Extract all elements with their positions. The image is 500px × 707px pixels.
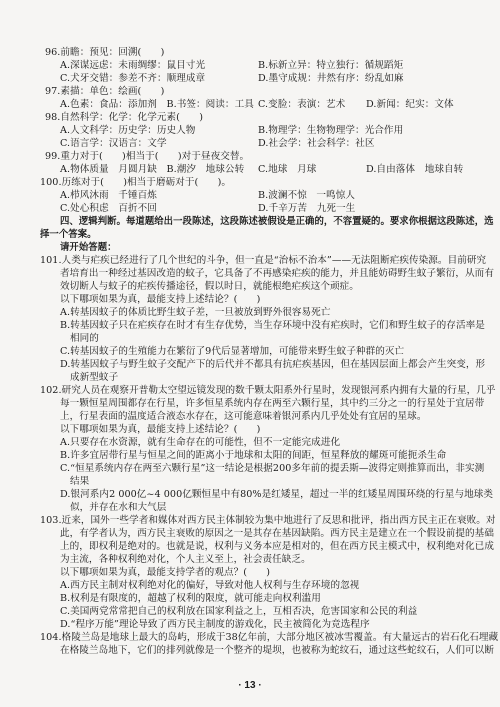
text-line: C.“恒星系统内存在两至六颗行星”这一结论是根据200多年前的提丢斯—波得定则推… (60, 463, 484, 475)
text-line: C.美国两党常常把自己的权利放在国家利益之上，互相否决，危害国家和公民的利益 (60, 606, 417, 618)
text-line: A.物体质量 月圆月缺 B.潮汐 地球公转 (60, 164, 244, 176)
text-line: 97.素描：单色：绘画( ) (45, 86, 164, 98)
text-line: 请开始答题： (60, 242, 117, 254)
text-line: D.自由落体 地球自转 (366, 164, 463, 176)
text-line: 效切断人与蚊子的疟疾传播途径，假以时日，就能根绝疟疾这个顽症。 (60, 281, 359, 293)
text-line: A.只要存在水资源，就有生命存在的可能性，但不一定能完成进化 (60, 437, 340, 449)
text-line: 103.近来，国外一些学者和媒体对西方民主体制较为集中地进行了反思和批评，指出西… (40, 515, 496, 527)
text-line: 98.自然科学：化学：化学元素( ) (45, 112, 203, 124)
text-line: A.转基因蚊子的体质比野生蚊子差，一旦被放到野外很容易死亡 (60, 307, 330, 319)
text-line: D.转基因蚊子与野生蚊子交配产下的后代并不都具有抗疟疾基因，但在基因层面上都会产… (60, 359, 485, 371)
text-line: 择一个答案。 (40, 229, 97, 241)
text-line: D.“程序万能”理论导致了西方民主制度的游戏化，民主被简化为竞选程序 (60, 619, 370, 631)
text-line: D.千辛万苦 九死一生 (258, 203, 355, 215)
text-line: 结果 (70, 476, 89, 488)
text-line: C.转基因蚊子的生殖能力在繁衍了9代后显著增加，可能带来野生蚊子种群的灭亡 (60, 346, 404, 358)
text-line: A.栉风沐雨 千锤百炼 (60, 190, 157, 202)
text-line: 成新型蚊子 (70, 372, 118, 384)
exam-page: 96.前瞻：预见：回溯( )A.深谋远虑：未雨绸缪：鼠目寸光B.标新立异：特立独… (0, 0, 500, 707)
text-line: 上的，即权利是绝对的。也就是说，权利与义务本应是相对的，但在西方民主模式中，权利… (60, 541, 494, 553)
text-line: A.深谋远虑：未雨绸缪：鼠目寸光 (60, 60, 205, 72)
text-line: A.色素：食品：添加剂 B.书签：阅读：工具 (60, 99, 254, 111)
text-line: 上，行星表面的温度适合液态水存在，这可能意味着银河系内几乎处处有宜居的星球。 (60, 411, 426, 423)
text-line: D.银河系内2 000亿~4 000亿颗恒星中有80%是红矮星，超过一半的红矮星… (60, 489, 493, 501)
text-line: 相同的 (70, 333, 99, 345)
text-line: B.权利是有限度的，超越了权利的限度，就可能走向权利滥用 (60, 593, 321, 605)
text-line: D.社会学：社会科学：社区 (258, 138, 375, 150)
text-line: 100.历练对于( )相当于磨砺对于( )。 (40, 177, 231, 189)
text-line: 者培育出一种经过基因改造的蚊子，它具备了不再感染疟疾的能力，并且能妨碍野生蚊子繁… (60, 268, 494, 280)
text-line: D.新闻：纪实：文体 (366, 99, 454, 111)
page-number: · 13 · (0, 680, 500, 691)
text-line: C.变脸：表演：艺术 (258, 99, 345, 111)
text-line: B.标新立异：特立独行：循规蹈矩 (258, 60, 403, 72)
text-line: B.许多宜居带行星与恒星之间的距离小于地球和太阳的间距，恒星释放的耀斑可能扼杀生… (60, 450, 446, 462)
text-line: B.物理学：生物物理学：光合作用 (258, 125, 403, 137)
text-line: C.地球 月球 (258, 164, 316, 176)
text-line: 以下哪项如果为真，最能支持学者的观点？( ) (60, 567, 270, 579)
text-line: D.墨守成规：井然有序：纷乱如麻 (258, 73, 404, 85)
text-line: B.转基因蚊子只在疟疾存在时才有生存优势，当生存环境中没有疟疾时，它们和野生蚊子… (60, 320, 485, 332)
text-line: 四、逻辑判断。每道题给出一段陈述，这段陈述被假设是正确的，不容置疑的。要求你根据… (60, 216, 494, 228)
text-line: 99.重力对于( )相当于( )对于昼夜交替。 (45, 151, 249, 163)
text-line: 104.格陵兰岛是地球上最大的岛屿，形成于38亿年前，大部分地区被冰雪覆盖。有大… (40, 632, 498, 644)
text-line: 以下哪项如果为真，最能支持上述结论？( ) (60, 294, 260, 306)
text-line: C.犬牙交错：参差不齐：顺理成章 (60, 73, 205, 85)
text-line: 为主流，各种权利绝对化，个人主义至上，社会责任缺乏。 (60, 554, 311, 566)
text-line: 每一颗恒星周围都存在行星，许多恒星系统内存在两至六颗行星，其中约三分之一的行星处… (60, 398, 484, 410)
text-line: A.人文科学：历史学：历史人物 (60, 125, 195, 137)
text-line: A.西方民主制对权利绝对化的偏好，导致对他人权利与生存环境的忽视 (60, 580, 359, 592)
text-line: C.处心积虑 百折不回 (60, 203, 157, 215)
text-line: 似，并存在水和大气层 (70, 502, 166, 514)
text-line: 以下哪项如果为真，最能支持上述结论？( ) (60, 424, 260, 436)
text-line: B.波澜不惊 一鸣惊人 (258, 190, 355, 202)
text-line: 101.人类与疟疾已经进行了几个世纪的斗争，但一直是“治标不治本”——无法阻断疟… (40, 255, 486, 267)
text-line: 96.前瞻：预见：回溯( ) (45, 47, 164, 59)
text-line: 在格陵兰岛地下，它们的排列就像是一个整齐的堤坝，也被称为蛇纹石，通过这些蛇纹石，… (60, 645, 494, 657)
text-line: 此，有学者认为，西方民主衰败的原因之一是其存在基因缺陷。西方民主是建立在一个假设… (60, 528, 494, 540)
text-line: 102.研究人员在观察开普勒太空望远镜发现的数千颗太阳系外行星时，发现银河系内拥… (40, 385, 496, 397)
text-line: C.语言学：汉语言：文学 (60, 138, 167, 150)
